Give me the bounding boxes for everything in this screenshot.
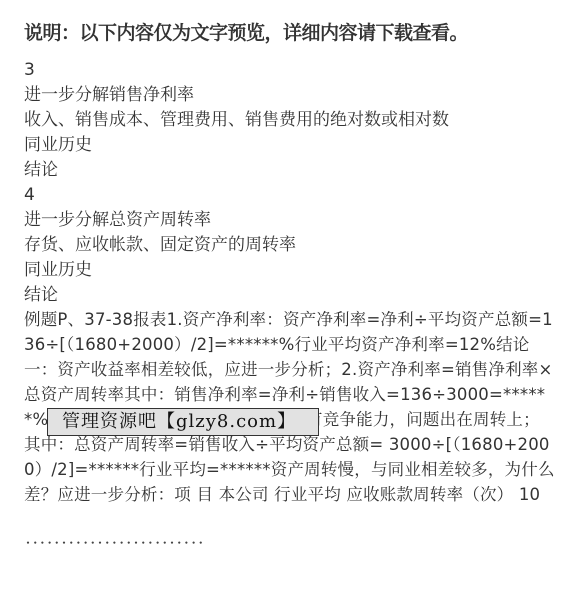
outline-line: 3 xyxy=(24,58,449,83)
outline-line: 同业历史 xyxy=(24,258,449,283)
outline-line: 收入、销售成本、管理费用、销售费用的绝对数或相对数 xyxy=(24,108,449,133)
example-paragraph: 例题P、37-38报表1.资产净利率：资产净利率=净利÷平均资产总额=136÷[… xyxy=(24,307,559,507)
outline-line: 结论 xyxy=(24,283,449,308)
outline-line: 同业历史 xyxy=(24,133,449,158)
outline-line: 存货、应收帐款、固定资产的周转率 xyxy=(24,233,449,258)
outline-line: 4 xyxy=(24,183,449,208)
truncation-ellipsis: ･････････････････････････ xyxy=(25,534,205,551)
watermark-label: 管理资源吧【glzy8.com】 xyxy=(47,408,319,436)
outline-lines: 3 进一步分解销售净利率 收入、销售成本、管理费用、销售费用的绝对数或相对数 同… xyxy=(24,58,449,308)
outline-line: 结论 xyxy=(24,158,449,183)
preview-notice-heading: 说明：以下内容仅为文字预览，详细内容请下载查看。 xyxy=(24,18,468,45)
outline-line: 进一步分解销售净利率 xyxy=(24,83,449,108)
outline-line: 进一步分解总资产周转率 xyxy=(24,208,449,233)
